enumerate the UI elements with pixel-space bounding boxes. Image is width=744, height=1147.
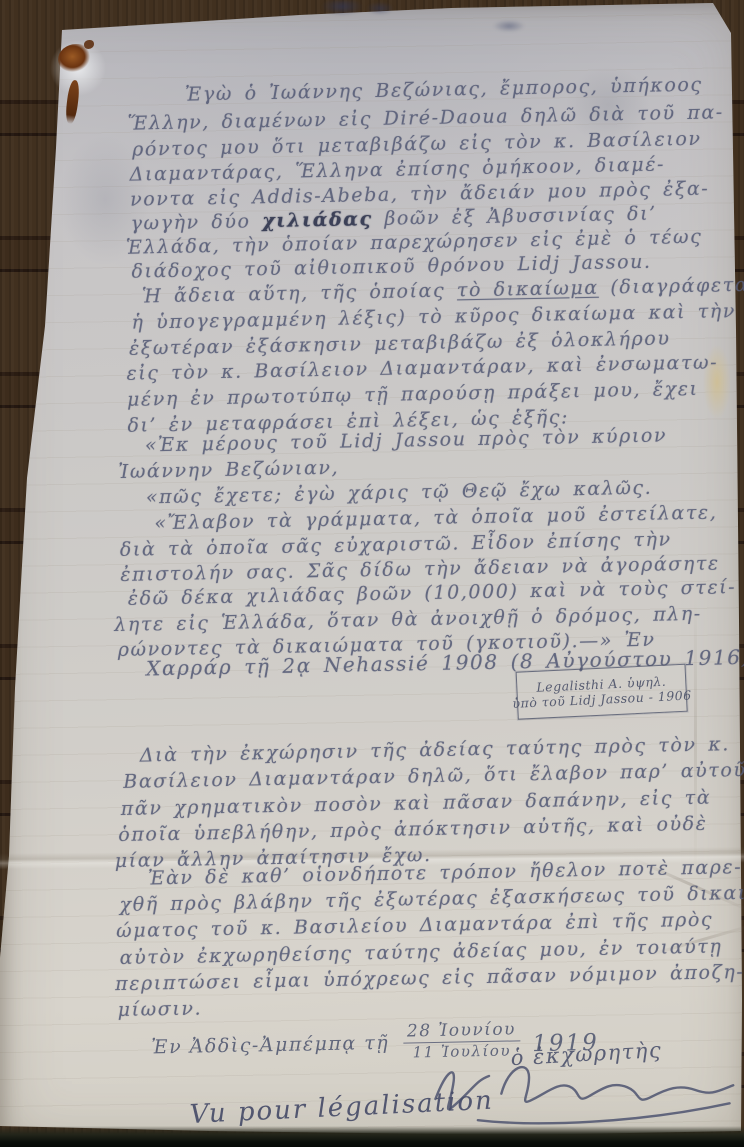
closing-block: Ἐν Ἀδδὶς-Ἀμπέμπᾳ τῇ 28 Ἰουνίου 11 Ἰουλίο… (0, 0, 742, 1)
date-julian: 28 Ἰουνίου (403, 1021, 520, 1043)
handwritten-line: Ἐγὼ ὁ Ἰωάννης Βεζώνιας, ἔμπορος, ὑπήκοος (185, 74, 703, 106)
handwritten-line: μίωσιν. (117, 997, 202, 1021)
handwriting-layer: Ἐγὼ ὁ Ἰωάννης Βεζώνιας, ἔμπορος, ὑπήκοος… (0, 0, 744, 1147)
table-edge-shadow (0, 1126, 744, 1147)
emphasized-word: χιλιάδας (262, 208, 373, 232)
handwritten-line: Ἰωάννην Βεζώνιαν, (118, 457, 339, 483)
place-date-prefix: Ἐν Ἀδδὶς-Ἀμπέμπᾳ τῇ (151, 1031, 389, 1058)
stamp-box: Legalisthi A. ὑψηλ. ὑπὸ τοῦ Lidj Jassou … (516, 664, 688, 720)
underlined-phrase: τὸ δικαίωμα (457, 277, 599, 302)
photograph-of-document: Ἐγὼ ὁ Ἰωάννης Βεζώνιας, ἔμπορος, ὑπήκοος… (0, 0, 744, 1147)
handwritten-paragraphs: Ἐγὼ ὁ Ἰωάννης Βεζώνιας, ἔμπορος, ὑπήκοος… (0, 0, 742, 1)
